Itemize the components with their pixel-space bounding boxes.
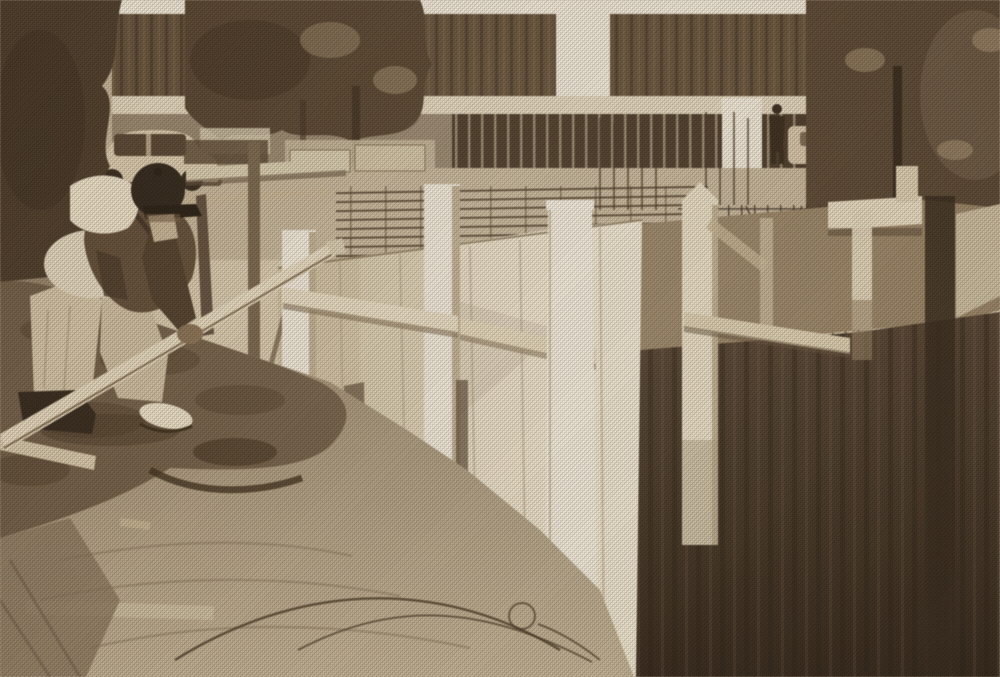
construction-scene [0, 0, 1000, 677]
print-grain [0, 0, 1000, 677]
newspaper-photo [0, 0, 1000, 677]
